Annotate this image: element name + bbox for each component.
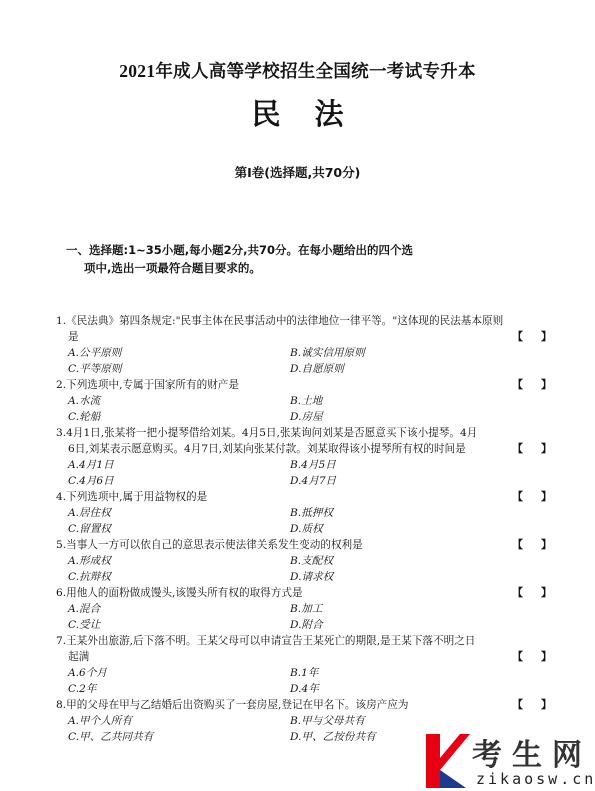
option-c[interactable]: C.4月6日	[68, 473, 290, 489]
bracket-close: 】	[541, 441, 552, 457]
answer-bracket[interactable]: 【】	[512, 377, 552, 393]
stem-text: 5.当事人一方可以依自己的意思表示使法律关系发生变动的权利是	[56, 539, 363, 551]
options: A.公平原则 B.诚实信用原则 C.平等原则 D.自愿原则	[56, 345, 556, 377]
bracket-open: 【	[512, 697, 523, 713]
option-d[interactable]: D.4年	[290, 681, 512, 697]
question-stem: 8.甲的父母在甲与乙结婚后出资购买了一套房屋,登记在甲名下。该房产应为 【】	[56, 697, 556, 713]
option-b[interactable]: B.加工	[290, 601, 512, 617]
question-stem: 4.下列选项中,属于用益物权的是 【】	[56, 489, 556, 505]
bracket-close: 】	[541, 649, 552, 665]
subject-title: 民法	[0, 92, 595, 133]
watermark-url: zikaosw.cn	[476, 770, 595, 788]
option-b[interactable]: B.4月5日	[290, 457, 512, 473]
option-c[interactable]: C.甲、乙共同共有	[68, 729, 290, 745]
answer-bracket[interactable]: 【】	[512, 697, 552, 713]
bracket-open: 【	[512, 329, 523, 345]
options: A.形成权 B.支配权 C.抗辩权 D.请求权	[56, 553, 556, 585]
bracket-open: 【	[512, 441, 523, 457]
stem-continuation: 6日,刘某表示愿意购买。4月7日,刘某向张某付款。刘某取得该小提琴所有权的时间是	[56, 441, 504, 457]
option-c[interactable]: C.平等原则	[68, 361, 290, 377]
options: A.混合 B.加工 C.受让 D.附合	[56, 601, 556, 633]
bracket-close: 】	[541, 537, 552, 553]
option-a[interactable]: A.公平原则	[68, 345, 290, 361]
question-7: 7.王某外出旅游,后下落不明。王某父母可以申请宣告王某死亡的期限,是王某下落不明…	[56, 633, 556, 697]
stem-text: 2.下列选项中,专属于国家所有的财产是	[56, 379, 239, 391]
options: A.6个月 B.1年 C.2年 D.4年	[56, 665, 556, 697]
stem-text: 6.用他人的面粉做成馒头,该馒头所有权的取得方式是	[56, 587, 303, 599]
answer-bracket[interactable]: 【】	[512, 489, 552, 505]
stem-text: 1.《民法典》第四条规定:"民事主体在民事活动中的法律地位一律平等。"这体现的民…	[56, 315, 503, 327]
watermark-brand: 考生网	[472, 730, 592, 774]
options: A.水流 B.土地 C.轮船 D.房屋	[56, 393, 556, 425]
option-b[interactable]: B.1年	[290, 665, 512, 681]
question-1: 1.《民法典》第四条规定:"民事主体在民事活动中的法律地位一律平等。"这体现的民…	[56, 313, 556, 377]
answer-bracket[interactable]: 【】	[512, 441, 552, 457]
option-d[interactable]: D.请求权	[290, 569, 512, 585]
volume-heading: 第Ⅰ卷(选择题,共70分)	[0, 163, 595, 181]
stem-continuation: 是	[56, 329, 504, 345]
option-c[interactable]: C.抗辩权	[68, 569, 290, 585]
stem-continuation: 起满	[56, 649, 504, 665]
answer-bracket[interactable]: 【】	[512, 329, 552, 345]
bracket-open: 【	[512, 649, 523, 665]
stem-text: 3.4月1日,张某将一把小提琴借给刘某。4月5日,张某询问刘某是否愿意买下该小提…	[56, 427, 477, 439]
question-list: 1.《民法典》第四条规定:"民事主体在民事活动中的法律地位一律平等。"这体现的民…	[56, 313, 556, 745]
question-stem: 2.下列选项中,专属于国家所有的财产是 【】	[56, 377, 556, 393]
options: A.居住权 B.抵押权 C.留置权 D.质权	[56, 505, 556, 537]
watermark-logo: 考生网 zikaosw.cn	[420, 730, 595, 791]
answer-bracket[interactable]: 【】	[512, 585, 552, 601]
answer-bracket[interactable]: 【】	[512, 649, 552, 665]
option-b[interactable]: B.甲与父母共有	[290, 713, 512, 729]
option-a[interactable]: A.水流	[68, 393, 290, 409]
option-d[interactable]: D.房屋	[290, 409, 512, 425]
option-c[interactable]: C.留置权	[68, 521, 290, 537]
option-a[interactable]: A.居住权	[68, 505, 290, 521]
question-2: 2.下列选项中,专属于国家所有的财产是 【】 A.水流 B.土地 C.轮船 D.…	[56, 377, 556, 425]
option-b[interactable]: B.支配权	[290, 553, 512, 569]
option-a[interactable]: A.形成权	[68, 553, 290, 569]
option-c[interactable]: C.受让	[68, 617, 290, 633]
option-a[interactable]: A.混合	[68, 601, 290, 617]
question-stem: 5.当事人一方可以依自己的意思表示使法律关系发生变动的权利是 【】	[56, 537, 556, 553]
option-d[interactable]: D.自愿原则	[290, 361, 512, 377]
bracket-close: 】	[541, 329, 552, 345]
bracket-open: 【	[512, 489, 523, 505]
option-a[interactable]: A.甲个人所有	[68, 713, 290, 729]
bracket-close: 】	[541, 585, 552, 601]
question-stem: 1.《民法典》第四条规定:"民事主体在民事活动中的法律地位一律平等。"这体现的民…	[56, 313, 556, 345]
option-d[interactable]: D.质权	[290, 521, 512, 537]
section-instructions: 一、选择题:1~35小题,每小题2分,共70分。在每小题给出的四个选 项中,选出…	[66, 241, 506, 277]
option-a[interactable]: A.6个月	[68, 665, 290, 681]
exam-title: 2021年成人高等学校招生全国统一考试专升本	[0, 58, 595, 83]
k-logo-icon	[426, 734, 470, 788]
option-c[interactable]: C.轮船	[68, 409, 290, 425]
option-a[interactable]: A.4月1日	[68, 457, 290, 473]
bracket-open: 【	[512, 537, 523, 553]
option-b[interactable]: B.抵押权	[290, 505, 512, 521]
question-stem: 7.王某外出旅游,后下落不明。王某父母可以申请宣告王某死亡的期限,是王某下落不明…	[56, 633, 556, 665]
question-stem: 6.用他人的面粉做成馒头,该馒头所有权的取得方式是 【】	[56, 585, 556, 601]
stem-text: 8.甲的父母在甲与乙结婚后出资购买了一套房屋,登记在甲名下。该房产应为	[56, 699, 408, 711]
stem-text: 7.王某外出旅游,后下落不明。王某父母可以申请宣告王某死亡的期限,是王某下落不明…	[56, 635, 475, 647]
question-6: 6.用他人的面粉做成馒头,该馒头所有权的取得方式是 【】 A.混合 B.加工 C…	[56, 585, 556, 633]
option-d[interactable]: D.附合	[290, 617, 512, 633]
option-c[interactable]: C.2年	[68, 681, 290, 697]
bracket-close: 】	[541, 377, 552, 393]
option-b[interactable]: B.诚实信用原则	[290, 345, 512, 361]
bracket-close: 】	[541, 489, 552, 505]
stem-text: 4.下列选项中,属于用益物权的是	[56, 491, 207, 503]
bracket-open: 【	[512, 377, 523, 393]
bracket-open: 【	[512, 585, 523, 601]
question-4: 4.下列选项中,属于用益物权的是 【】 A.居住权 B.抵押权 C.留置权 D.…	[56, 489, 556, 537]
option-d[interactable]: D.4月7日	[290, 473, 512, 489]
instructions-line-1: 一、选择题:1~35小题,每小题2分,共70分。在每小题给出的四个选	[66, 241, 506, 259]
instructions-line-2: 项中,选出一项最符合题目要求的。	[66, 259, 506, 277]
answer-bracket[interactable]: 【】	[512, 537, 552, 553]
question-5: 5.当事人一方可以依自己的意思表示使法律关系发生变动的权利是 【】 A.形成权 …	[56, 537, 556, 585]
bracket-close: 】	[541, 697, 552, 713]
option-b[interactable]: B.土地	[290, 393, 512, 409]
question-3: 3.4月1日,张某将一把小提琴借给刘某。4月5日,张某询问刘某是否愿意买下该小提…	[56, 425, 556, 489]
options: A.4月1日 B.4月5日 C.4月6日 D.4月7日	[56, 457, 556, 489]
question-stem: 3.4月1日,张某将一把小提琴借给刘某。4月5日,张某询问刘某是否愿意买下该小提…	[56, 425, 556, 457]
